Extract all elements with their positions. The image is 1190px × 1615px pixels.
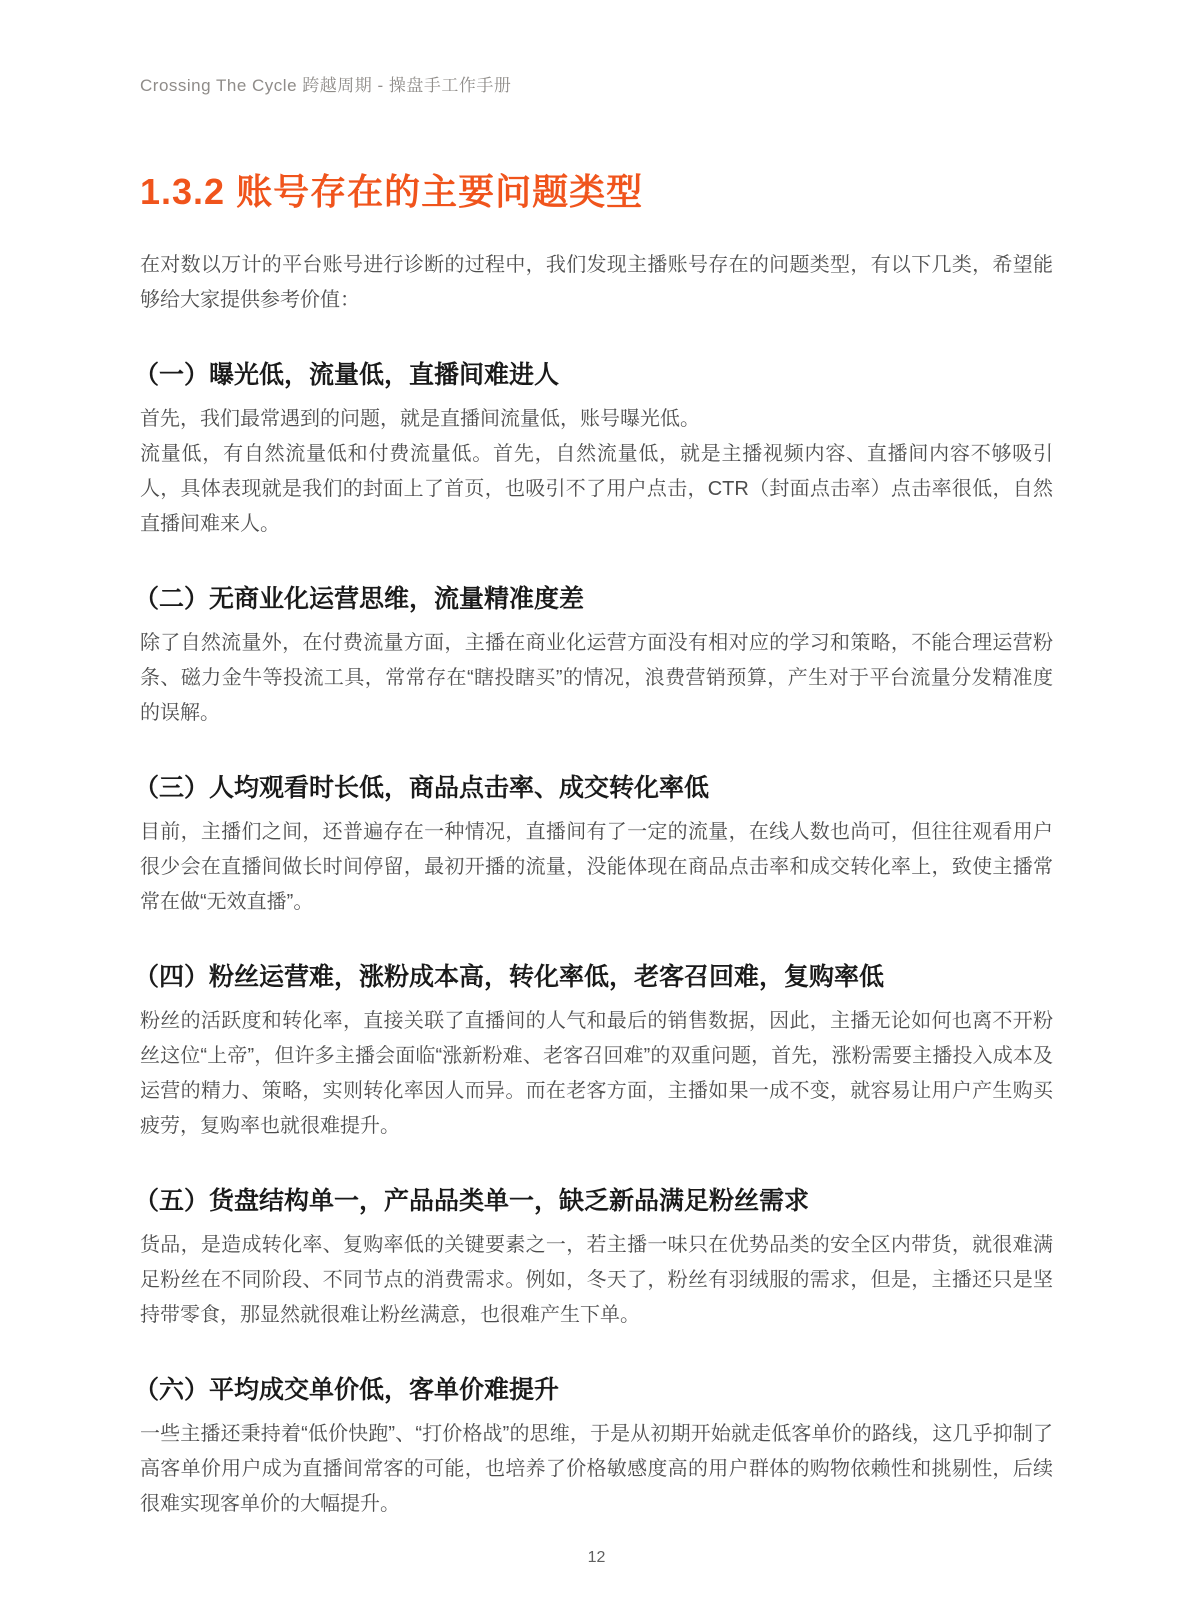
page-title: 1.3.2 账号存在的主要问题类型 xyxy=(140,168,1053,216)
page-number: 12 xyxy=(140,1548,1053,1568)
section-heading: （六）平均成交单价低，客单价难提升 xyxy=(134,1373,1053,1407)
section-paragraph: 除了自然流量外，在付费流量方面，主播在商业化运营方面没有相对应的学习和策略，不能… xyxy=(140,626,1053,731)
section-paragraph: 一些主播还秉持着“低价快跑”、“打价格战”的思维，于是从初期开始就走低客单价的路… xyxy=(140,1417,1053,1522)
section-paragraph: 货品，是造成转化率、复购率低的关键要素之一，若主播一味只在优势品类的安全区内带货… xyxy=(140,1228,1053,1333)
problem-section: （二）无商业化运营思维，流量精准度差 除了自然流量外，在付费流量方面，主播在商业… xyxy=(140,582,1053,731)
problem-section: （四）粉丝运营难，涨粉成本高，转化率低，老客召回难，复购率低 粉丝的活跃度和转化… xyxy=(140,960,1053,1144)
section-paragraph: 流量低，有自然流量低和付费流量低。首先，自然流量低，就是主播视频内容、直播间内容… xyxy=(140,437,1053,542)
section-heading: （五）货盘结构单一，产品品类单一，缺乏新品满足粉丝需求 xyxy=(134,1184,1053,1218)
section-heading: （二）无商业化运营思维，流量精准度差 xyxy=(134,582,1053,616)
section-paragraph: 首先，我们最常遇到的问题，就是直播间流量低，账号曝光低。 xyxy=(140,402,1053,437)
running-header: Crossing The Cycle 跨越周期 - 操盘手工作手册 xyxy=(140,76,1053,96)
sections-container: （一）曝光低，流量低，直播间难进人 首先，我们最常遇到的问题，就是直播间流量低，… xyxy=(140,358,1053,1522)
section-paragraph: 粉丝的活跃度和转化率，直接关联了直播间的人气和最后的销售数据，因此，主播无论如何… xyxy=(140,1004,1053,1144)
problem-section: （一）曝光低，流量低，直播间难进人 首先，我们最常遇到的问题，就是直播间流量低，… xyxy=(140,358,1053,542)
document-page: Crossing The Cycle 跨越周期 - 操盘手工作手册 1.3.2 … xyxy=(0,0,1190,1615)
section-paragraph: 目前，主播们之间，还普遍存在一种情况，直播间有了一定的流量，在线人数也尚可，但往… xyxy=(140,815,1053,920)
problem-section: （三）人均观看时长低，商品点击率、成交转化率低 目前，主播们之间，还普遍存在一种… xyxy=(140,771,1053,920)
problem-section: （六）平均成交单价低，客单价难提升 一些主播还秉持着“低价快跑”、“打价格战”的… xyxy=(140,1373,1053,1522)
problem-section: （五）货盘结构单一，产品品类单一，缺乏新品满足粉丝需求 货品，是造成转化率、复购… xyxy=(140,1184,1053,1333)
intro-paragraph: 在对数以万计的平台账号进行诊断的过程中，我们发现主播账号存在的问题类型，有以下几… xyxy=(140,248,1053,318)
section-heading: （一）曝光低，流量低，直播间难进人 xyxy=(134,358,1053,392)
section-heading: （三）人均观看时长低，商品点击率、成交转化率低 xyxy=(134,771,1053,805)
section-heading: （四）粉丝运营难，涨粉成本高，转化率低，老客召回难，复购率低 xyxy=(134,960,1053,994)
